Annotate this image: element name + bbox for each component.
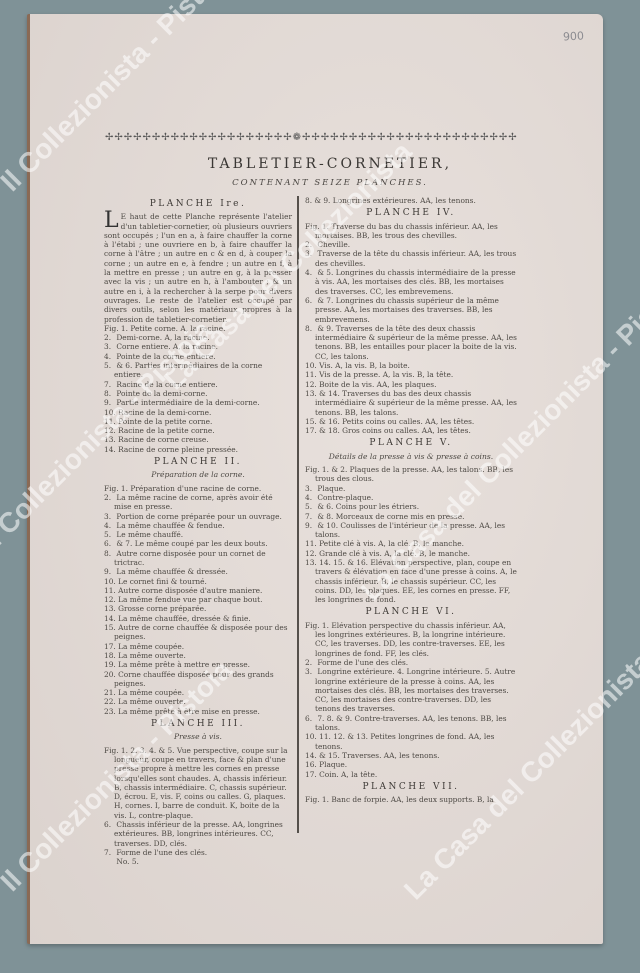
figure-description: & 6. Parties intermédiaires de la corne … xyxy=(114,361,262,379)
figure-description: Autre corne disposée pour un cornet de t… xyxy=(114,549,266,567)
list-item: 2. Demi-corne. A, la racine. xyxy=(104,333,292,342)
figure-number: 7. xyxy=(305,512,315,521)
figure-number: 10. xyxy=(305,732,317,741)
figure-description: Banc de forpie. AA, les deux supports. B… xyxy=(331,795,493,804)
list-item: 10. 11. 12. & 13. Petites longrines de f… xyxy=(305,732,517,751)
figure-number: 5. xyxy=(104,530,114,539)
list-item: 17. & 18. Gros coins ou calles. AA, les … xyxy=(305,426,517,435)
figure-number: 3. xyxy=(104,342,114,351)
figure-number: 10. xyxy=(104,577,116,586)
list-item: 10. Vis. A, la vis. B, la boite. xyxy=(305,361,517,370)
figure-description: & 7. Le même coupé par les deux bouts. xyxy=(116,539,267,548)
figure-number: 13. xyxy=(104,435,116,444)
figure-description: Cheville. xyxy=(317,240,350,249)
planche5-list: Fig. 1. & 2. Plaques de la presse. AA, l… xyxy=(305,465,517,604)
figure-description: La même coupée. xyxy=(118,688,184,697)
figure-description: Vis. A, la vis. B, la boite. xyxy=(319,361,410,370)
list-item: 14. Racine de corne pleine pressée. xyxy=(104,445,292,454)
list-item: 5. Le même chauffé. xyxy=(104,530,292,539)
figure-number: 17. xyxy=(104,642,116,651)
list-item: Fig. 1. & 2. Plaques de la presse. AA, l… xyxy=(305,465,517,484)
figure-description: Racine de la petite corne. xyxy=(118,426,214,435)
list-item: 13. 14. 15. & 16. Elévation perspective,… xyxy=(305,558,517,604)
list-item: 9. Partie intermédiaire de la demi-corne… xyxy=(104,398,292,407)
section-title: Préparation de la corne. xyxy=(104,470,292,479)
figure-number: 6. xyxy=(305,296,315,305)
list-item: 14. & 15. Traverses. AA, les tenons. xyxy=(305,751,517,760)
figure-number: 13. xyxy=(305,389,317,398)
figure-description: & 7. Longrines du chassis supérieur de l… xyxy=(315,296,499,324)
list-item: 8. Autre corne disposée pour un cornet d… xyxy=(104,549,292,568)
figure-number: 12. xyxy=(305,549,317,558)
list-item: 11. Vis de la presse. A, la vis. B, la t… xyxy=(305,370,517,379)
figure-number: 8. xyxy=(104,389,114,398)
list-item: 14. La même chauffée, dressée & finie. xyxy=(104,614,292,623)
page-subtitle: CONTENANT SEIZE PLANCHES. xyxy=(130,178,530,188)
figure-description: Racine de la corne entiere. xyxy=(116,380,217,389)
list-item: 3. Traverse de la tête du chassis inféri… xyxy=(305,249,517,268)
figure-description: 11. 12. & 13. Petites longrines de fond.… xyxy=(315,732,494,750)
figure-number: 2. xyxy=(305,240,315,249)
figure-description: & 9. Traverses de la tête des deux chass… xyxy=(315,324,517,361)
figure-number: 3. xyxy=(305,484,315,493)
figure-description: Vue perspective, coupe sur la longueur, … xyxy=(114,746,288,820)
list-item: 6. & 7. Le même coupé par les deux bouts… xyxy=(104,539,292,548)
figure-number: Fig. 1. xyxy=(305,465,329,474)
figure-number: 4. xyxy=(104,352,114,361)
list-item: 10. Le cornet fini & tourné. xyxy=(104,577,292,586)
figure-description: Boite de la vis. AA, les plaques. xyxy=(319,380,436,389)
figure-number: 3. xyxy=(104,512,114,521)
figure-description: Traverse de la tête du chassis inférieur… xyxy=(315,249,516,267)
right-column: 8. & 9. Longrines extérieures. AA, les t… xyxy=(305,196,517,804)
figure-number: 3. xyxy=(305,249,315,258)
figure-number: 6. xyxy=(305,714,315,723)
figure-number: 5. xyxy=(305,502,315,511)
list-item: 2. Cheville. xyxy=(305,240,517,249)
list-item: 13. & 14. Traverses du bas des deux chas… xyxy=(305,389,517,417)
page-title: TABLETIER-CORNETIER, xyxy=(130,156,530,172)
figure-description: Pointe de la petite corne. xyxy=(118,417,212,426)
planche-heading: PLANCHE V. xyxy=(305,439,517,448)
figure-number: Fig. 1. 2. 3. 4. & 5. xyxy=(104,746,175,755)
figure-number: 2. xyxy=(104,493,114,502)
list-item: 8. Pointe de la demi-corne. xyxy=(104,389,292,398)
list-item: 18. La même ouverte. xyxy=(104,651,292,660)
list-item: 16. Plaque. xyxy=(305,760,517,769)
figure-number: 9. xyxy=(104,398,114,407)
figure-number: 11. xyxy=(305,539,317,548)
figure-number: 4. xyxy=(305,493,315,502)
figure-number: 22. xyxy=(104,697,116,706)
ornament-border: ✢✢✢✢✢✢✢✢✢✢✢✢✢✢✢✢✢✢✢✢❁✢✢✢✢✢✢✢✢✢✢✢✢✢✢✢✢✢✢✢… xyxy=(105,132,535,142)
figure-description: La même ouverte. xyxy=(118,697,186,706)
figure-number: 8. xyxy=(305,324,315,333)
planche-heading: PLANCHE Ire. xyxy=(104,200,292,209)
planche-heading: PLANCHE IV. xyxy=(305,209,517,218)
figure-description: Contre-plaque. xyxy=(317,493,373,502)
figure-description: Autre corne disposée d'autre maniere. xyxy=(118,586,262,595)
figure-description: & 18. Gros coins ou calles. AA, les tête… xyxy=(319,426,471,435)
figure-number: 2. xyxy=(104,333,114,342)
figure-description: 7. 8. & 9. Contre-traverses. AA, les ten… xyxy=(315,714,507,732)
figure-description: 14. 15. & 16. Elévation perspective, pla… xyxy=(315,558,517,604)
figure-description: Petite clé à vis. A, la clé. B, le manch… xyxy=(319,539,464,548)
figure-description: La même ouverte. xyxy=(118,651,186,660)
list-item: 19. La même prête à mettre en presse. xyxy=(104,660,292,669)
list-item: 9. La même chauffée & dressée. xyxy=(104,567,292,576)
list-item: 20. Corne chauffée disposée pour des gra… xyxy=(104,670,292,689)
figure-description: Elévation perspective du chassis inférie… xyxy=(315,621,506,658)
figure-number: 3. xyxy=(305,667,315,676)
list-item: 3. Corne entiere. A, la racine. xyxy=(104,342,292,351)
list-item: 8. & 9. Traverses de la tête des deux ch… xyxy=(305,324,517,361)
figure-number: 12. xyxy=(305,380,317,389)
figure-description: No. 5. xyxy=(116,857,139,866)
planche7-list: Fig. 1. Banc de forpie. AA, les deux sup… xyxy=(305,795,517,804)
figure-description: Portion de corne préparée pour un ouvrag… xyxy=(116,512,281,521)
figure-description: Le cornet fini & tourné. xyxy=(118,577,207,586)
figure-number: 14. xyxy=(305,751,317,760)
figure-description: Le même chauffé. xyxy=(116,530,183,539)
list-item: 17. Coin. A, la tête. xyxy=(305,770,517,779)
figure-number: 13. xyxy=(104,604,116,613)
figure-number: 11. xyxy=(104,586,116,595)
list-item: 6. 7. 8. & 9. Contre-traverses. AA, les … xyxy=(305,714,517,733)
figure-number: Fig. 1. xyxy=(305,222,329,231)
figure-description: Traverse du bas du chassis inférieur. AA… xyxy=(315,222,498,240)
figure-number: 16. xyxy=(305,760,317,769)
list-item: 11. Pointe de la petite corne. xyxy=(104,417,292,426)
figure-number: Fig. 1. xyxy=(305,795,329,804)
figure-number: 13. xyxy=(305,558,317,567)
figure-description: Pointe de la corne entiere. xyxy=(116,352,215,361)
planche-heading: PLANCHE VII. xyxy=(305,783,517,792)
figure-description: & 2. Plaques de la presse. AA, les talon… xyxy=(315,465,513,483)
list-item: 6. & 7. Longrines du chassis supérieur d… xyxy=(305,296,517,324)
section-title: Presse à vis. xyxy=(104,732,292,741)
figure-number: Fig. 1. xyxy=(104,324,128,333)
list-item: Fig. 1. Petite corne. A, la racine. xyxy=(104,324,292,333)
figure-number: 12. xyxy=(104,595,116,604)
list-item: 5. & 6. Coins pour les étriers. xyxy=(305,502,517,511)
figure-description: Racine de corne pleine pressée. xyxy=(118,445,238,454)
section-title: Détails de la presse à vis & presse à co… xyxy=(305,452,517,461)
figure-description: Corne chauffée disposée pour des grands … xyxy=(114,670,274,688)
figure-number: 21. xyxy=(104,688,116,697)
figure-description: & 8. Morceaux de corne mis en presse. xyxy=(317,512,464,521)
figure-description: & 16. Petits coins ou calles. AA, les tê… xyxy=(319,417,474,426)
figure-description: La même prête à mettre en presse. xyxy=(118,660,250,669)
figure-number: 9. xyxy=(305,521,315,530)
figure-number: 14. xyxy=(104,614,116,623)
figure-description: Corne entiere. A, la racine. xyxy=(116,342,218,351)
planche1-list: Fig. 1. Petite corne. A, la racine.2. De… xyxy=(104,324,292,454)
list-item: 11. Petite clé à vis. A, la clé. B, le m… xyxy=(305,539,517,548)
list-item: 7. Forme de l'une des clés. xyxy=(104,848,292,857)
figure-description: Demi-corne. A, la racine. xyxy=(116,333,209,342)
list-item: 15. Autre de corne chauffée & disposée p… xyxy=(104,623,292,642)
list-item: 7. & 8. Morceaux de corne mis en presse. xyxy=(305,512,517,521)
figure-number: Fig. 1. xyxy=(305,621,329,630)
list-item: 4. Pointe de la corne entiere. xyxy=(104,352,292,361)
list-item: 13. Grosse corne préparée. xyxy=(104,604,292,613)
figure-description: La même chauffée & fendue. xyxy=(116,521,224,530)
figure-description: & 6. Coins pour les étriers. xyxy=(317,502,419,511)
list-item: 22. La même ouverte. xyxy=(104,697,292,706)
list-item: Fig. 1. Préparation d'une racine de corn… xyxy=(104,484,292,493)
planche4-list: Fig. 1. Traverse du bas du chassis infér… xyxy=(305,222,517,436)
list-item: 4. & 5. Longrines du chassis intermédiai… xyxy=(305,268,517,296)
list-item: 11. Autre corne disposée d'autre maniere… xyxy=(104,586,292,595)
planche-heading: PLANCHE II. xyxy=(104,458,292,467)
planche6-list: Fig. 1. Elévation perspective du chassis… xyxy=(305,621,517,779)
figure-number: Fig. 1. xyxy=(104,484,128,493)
figure-number: 11. xyxy=(104,417,116,426)
list-item: Fig. 1. 2. 3. 4. & 5. Vue perspective, c… xyxy=(104,746,292,820)
handwritten-note: 900 xyxy=(563,29,585,43)
planche3-list: Fig. 1. 2. 3. 4. & 5. Vue perspective, c… xyxy=(104,746,292,867)
figure-description: Préparation d'une racine de corne. xyxy=(130,484,261,493)
figure-number: 4. xyxy=(305,268,315,277)
figure-description: Forme de l'une des clés. xyxy=(116,848,207,857)
figure-number: 17. xyxy=(305,426,317,435)
figure-description: Chassis inférieur de la presse. AA, long… xyxy=(114,820,283,848)
figure-number: 9. xyxy=(104,567,114,576)
figure-description: La même fendue vue par chaque bout. xyxy=(118,595,262,604)
figure-description: Partie intermédiaire de la demi-corne. xyxy=(116,398,259,407)
figure-description: La même chauffée, dressée & finie. xyxy=(118,614,251,623)
list-item: 15. & 16. Petits coins ou calles. AA, le… xyxy=(305,417,517,426)
list-item: 12. Racine de la petite corne. xyxy=(104,426,292,435)
figure-number: 2. xyxy=(305,658,315,667)
figure-number: 12. xyxy=(104,426,116,435)
figure-description: Racine de corne creuse. xyxy=(118,435,209,444)
figure-description: Racine de la demi-corne. xyxy=(118,408,211,417)
list-item: 5. & 6. Parties intermédiaires de la cor… xyxy=(104,361,292,380)
intro-paragraph: LE haut de cette Planche représente l'at… xyxy=(104,212,292,324)
list-item: Fig. 1. Traverse du bas du chassis infér… xyxy=(305,222,517,241)
list-item: Fig. 1. Elévation perspective du chassis… xyxy=(305,621,517,658)
figure-description: & 5. Longrines du chassis intermédiaire … xyxy=(315,268,516,296)
figure-number: 7. xyxy=(104,848,114,857)
figure-number: 18. xyxy=(104,651,116,660)
list-item: No. 5. xyxy=(104,857,292,866)
figure-number: 8. xyxy=(104,549,114,558)
figure-description: & 10. Coulisses de l'intérieur de la pre… xyxy=(315,521,505,539)
list-item: 4. La même chauffée & fendue. xyxy=(104,521,292,530)
list-item: 13. Racine de corne creuse. xyxy=(104,435,292,444)
figure-number: 6. xyxy=(104,820,114,829)
list-item: 17. La même coupée. xyxy=(104,642,292,651)
figure-description: & 14. Traverses du bas des deux chassis … xyxy=(315,389,517,417)
figure-number: 4. xyxy=(104,521,114,530)
list-item: 6. Chassis inférieur de la presse. AA, l… xyxy=(104,820,292,848)
figure-number: 7. xyxy=(104,380,114,389)
list-item: 2. Forme de l'une des clés. xyxy=(305,658,517,667)
figure-description: Plaque. xyxy=(317,484,345,493)
list-item: 2. La même racine de corne, après avoir … xyxy=(104,493,292,512)
figure-description: Plaque. xyxy=(319,760,347,769)
figure-number: 6. xyxy=(104,539,114,548)
figure-description: Longrine extérieure. 4. Longrine intérie… xyxy=(315,667,515,713)
figure-number: 14. xyxy=(104,445,116,454)
figure-description: Forme de l'une des clés. xyxy=(317,658,408,667)
list-item: 4. Contre-plaque. xyxy=(305,493,517,502)
list-item: 23. La même prête à être mise en presse. xyxy=(104,707,292,716)
figure-number: 10. xyxy=(104,408,116,417)
list-item: 3. Longrine extérieure. 4. Longrine inté… xyxy=(305,667,517,713)
figure-description: Grosse corne préparée. xyxy=(118,604,206,613)
figure-number: 23. xyxy=(104,707,116,716)
list-item: 9. & 10. Coulisses de l'intérieur de la … xyxy=(305,521,517,540)
column-divider xyxy=(297,196,299,833)
figure-description: La même chauffée & dressée. xyxy=(116,567,227,576)
list-item: 12. Boite de la vis. AA, les plaques. xyxy=(305,380,517,389)
figure-description: Autre de corne chauffée & disposée pour … xyxy=(114,623,288,641)
figure-number: 20. xyxy=(104,670,116,679)
list-item: 12. La même fendue vue par chaque bout. xyxy=(104,595,292,604)
figure-description: Vis de la presse. A, la vis. B, la tête. xyxy=(319,370,453,379)
figure-description: Grande clé à vis. A, la clé. B, le manch… xyxy=(319,549,470,558)
figure-description: La même prête à être mise en presse. xyxy=(118,707,260,716)
figure-description: Petite corne. A, la racine. xyxy=(130,324,225,333)
figure-number: 19. xyxy=(104,660,116,669)
figure-number: 11. xyxy=(305,370,317,379)
list-item: 8. & 9. Longrines extérieures. AA, les t… xyxy=(305,196,517,205)
list-item: Fig. 1. Banc de forpie. AA, les deux sup… xyxy=(305,795,517,804)
list-item: 7. Racine de la corne entiere. xyxy=(104,380,292,389)
figure-number: 10. xyxy=(305,361,317,370)
figure-number: 15. xyxy=(104,623,116,632)
list-item: 21. La même coupée. xyxy=(104,688,292,697)
list-item: 12. Grande clé à vis. A, la clé. B, le m… xyxy=(305,549,517,558)
list-item: 3. Portion de corne préparée pour un ouv… xyxy=(104,512,292,521)
drop-cap: L xyxy=(104,212,119,230)
figure-description: Pointe de la demi-corne. xyxy=(116,389,207,398)
figure-number: 15. xyxy=(305,417,317,426)
list-item: 10. Racine de la demi-corne. xyxy=(104,408,292,417)
figure-description: La même coupée. xyxy=(118,642,184,651)
planche-heading: PLANCHE III. xyxy=(104,720,292,729)
planche2-list: Fig. 1. Préparation d'une racine de corn… xyxy=(104,484,292,716)
figure-description: Coin. A, la tête. xyxy=(319,770,377,779)
figure-description: La même racine de corne, après avoir été… xyxy=(114,493,273,511)
figure-number: 5. xyxy=(104,361,114,370)
figure-number: 17. xyxy=(305,770,317,779)
planche-heading: PLANCHE VI. xyxy=(305,608,517,617)
left-column: PLANCHE Ire. LE haut de cette Planche re… xyxy=(104,196,292,866)
figure-description: & 15. Traverses. AA, les tenons. xyxy=(319,751,439,760)
list-item: 3. Plaque. xyxy=(305,484,517,493)
